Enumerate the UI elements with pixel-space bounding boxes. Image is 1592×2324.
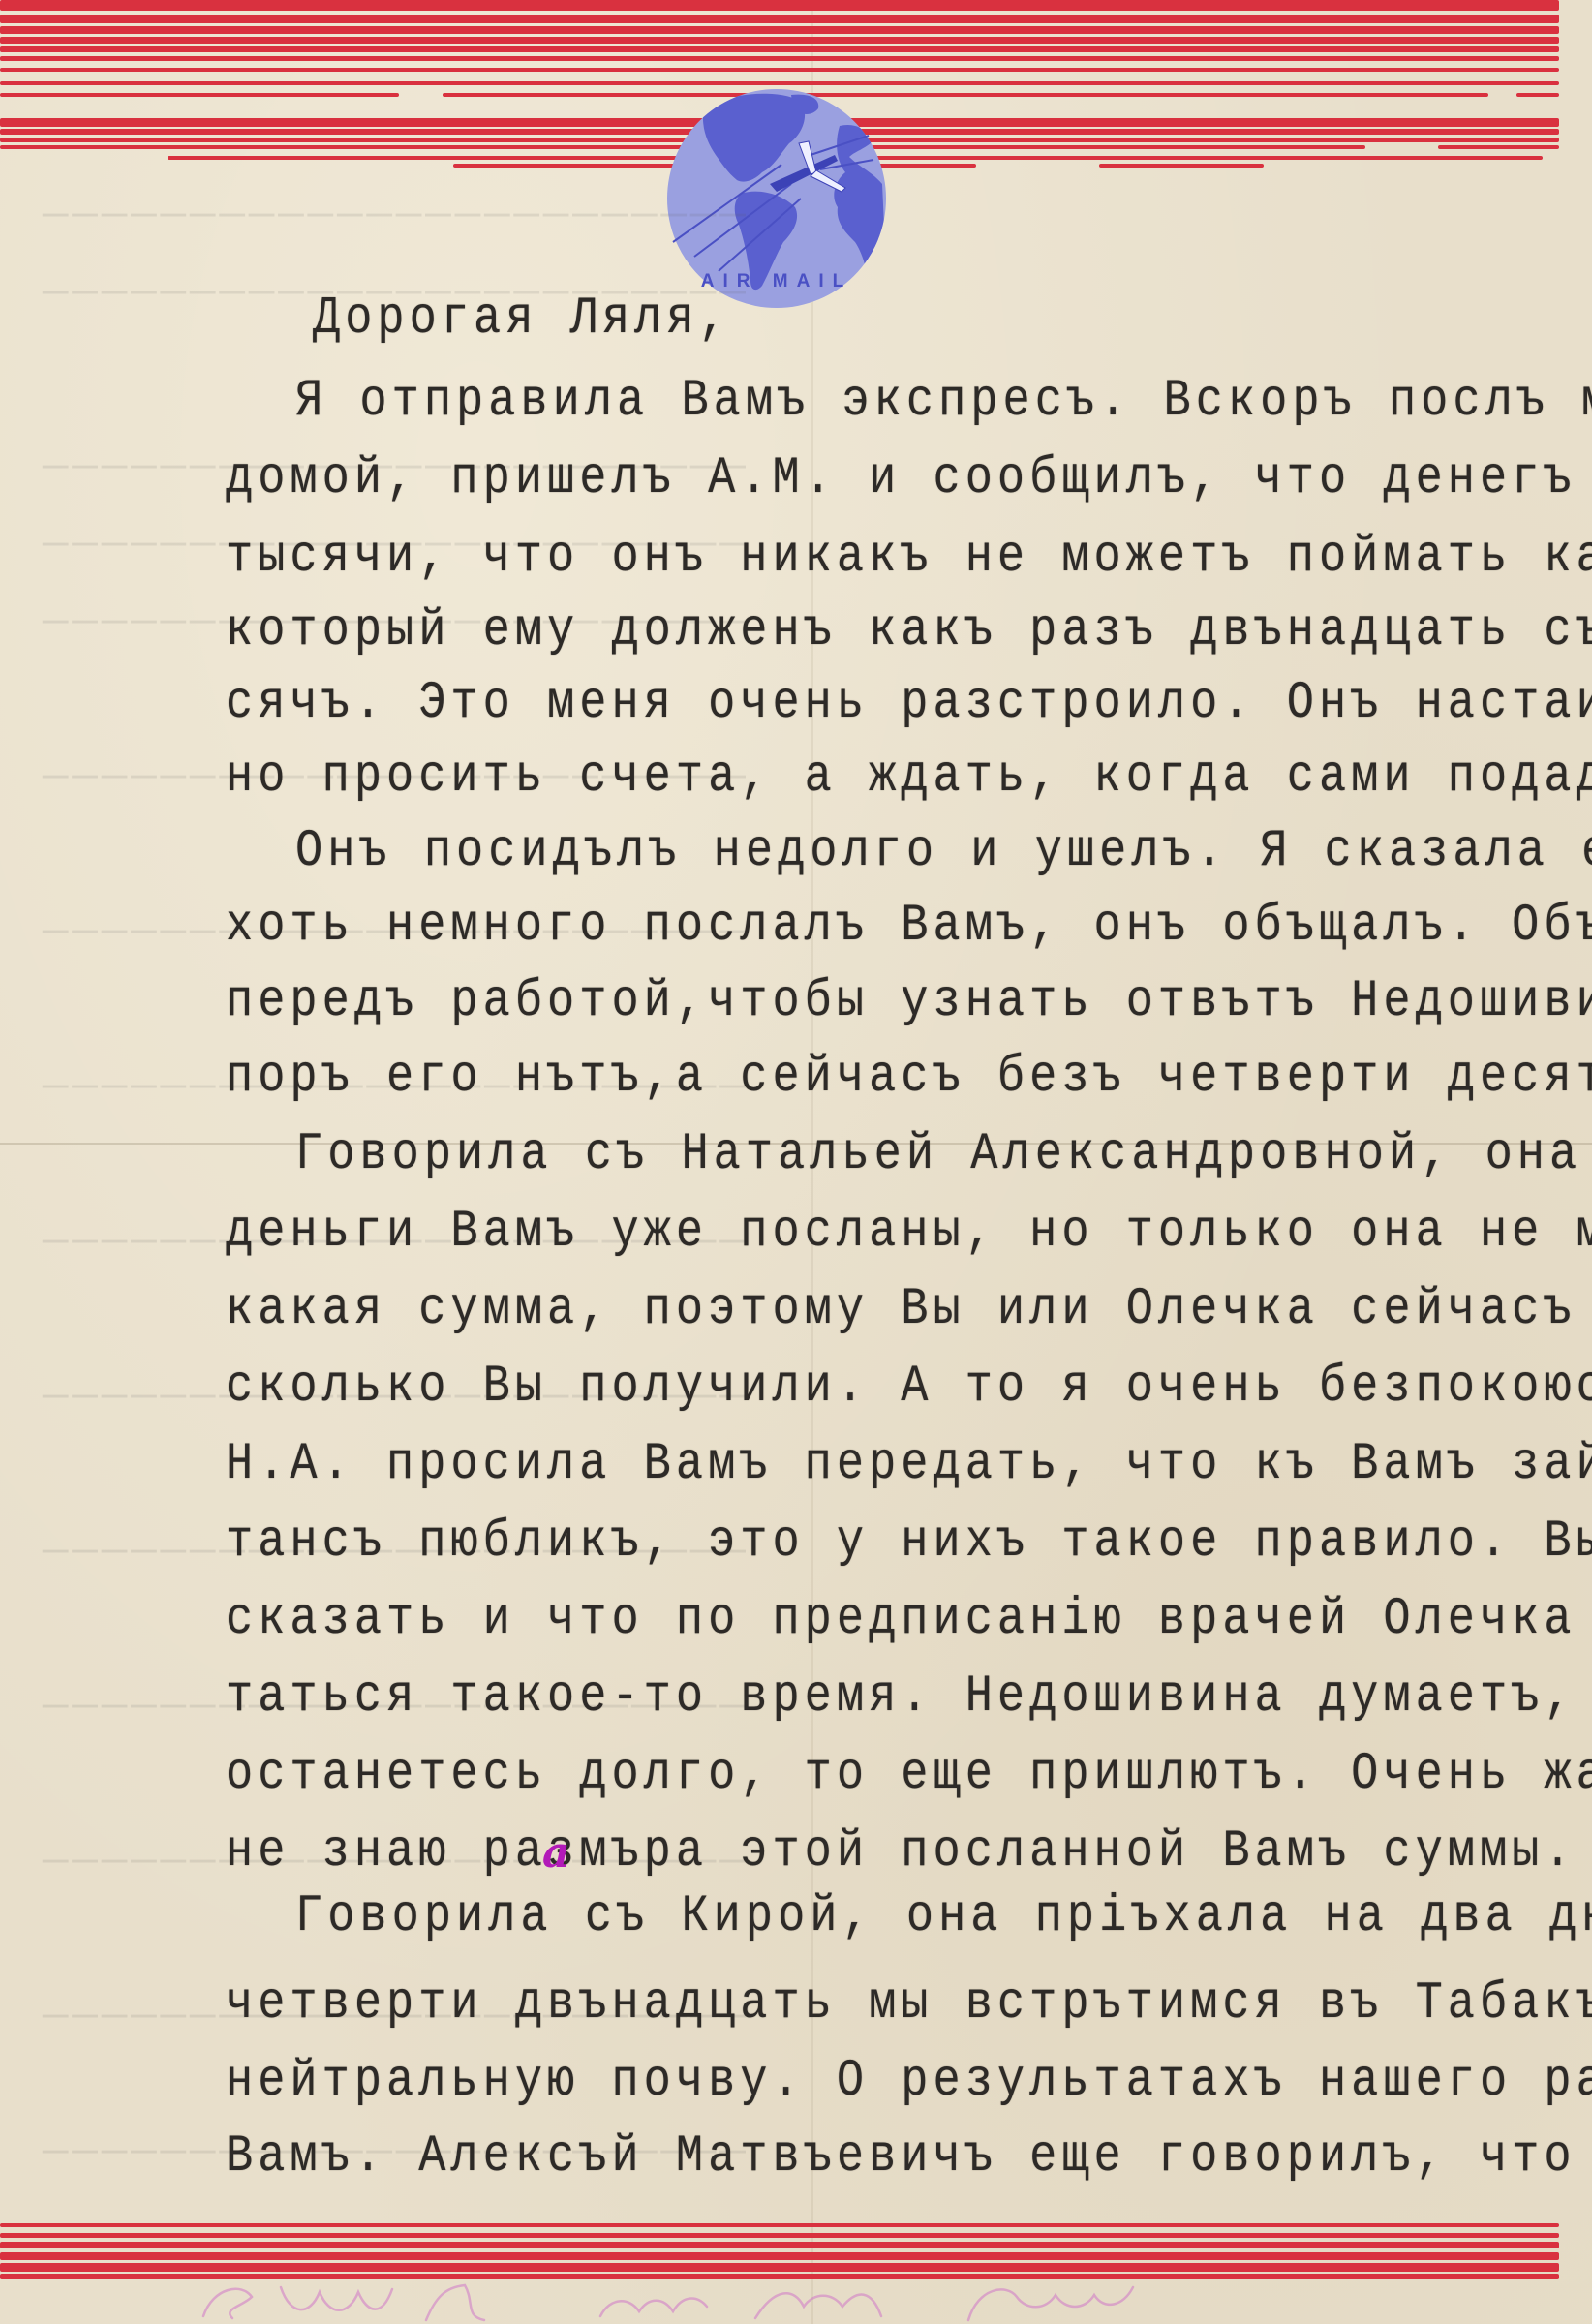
letter-line: Онъ посидълъ недолго и ушелъ. Я сказала … bbox=[295, 826, 1592, 878]
letter-line: который ему долженъ какъ разъ двънадцать… bbox=[226, 605, 1592, 657]
letter-line: Говорила съ Кирой, она пріъхала на два д… bbox=[295, 1891, 1592, 1943]
letter-line: сколько Вы получили. А то я очень безпок… bbox=[226, 1361, 1592, 1414]
letter-line: тысячи, что онъ никакъ не можетъ поймать… bbox=[226, 532, 1592, 584]
letter-line: четверти двънадцать мы встрътимся въ Таб… bbox=[226, 1978, 1592, 2031]
letter-line: Говорила съ Натальей Александровной, она… bbox=[295, 1129, 1592, 1181]
letter-line: таться такое-то время. Недошивина думает… bbox=[226, 1671, 1592, 1724]
letter-line: домой, пришелъ А.М. и сообщилъ, что дене… bbox=[226, 453, 1592, 505]
letter-line: останетесь долго, то еще пришлютъ. Очень… bbox=[226, 1749, 1592, 1801]
letter-line: но просить счета, а ждать, когда сами по… bbox=[226, 751, 1592, 804]
letter-line: сячъ. Это меня очень разстроило. Онъ нас… bbox=[226, 678, 1592, 730]
salutation: Дорогая Ляля, bbox=[313, 293, 731, 346]
letter-line: не знаю размъра этой посланной Вамъ сумм… bbox=[226, 1826, 1577, 1879]
letter-page: AIR MAIL ———————————————————————— ——————… bbox=[0, 0, 1592, 2324]
letter-line: какая сумма, поэтому Вы или Олечка сейча… bbox=[226, 1284, 1592, 1336]
letter-line: сказать и что по предписанію врачей Олеч… bbox=[226, 1594, 1592, 1646]
letter-line: Я отправила Вамъ экспресъ. Вскоръ послъ … bbox=[295, 376, 1592, 428]
letter-line: деньги Вамъ уже посланы, но только она н… bbox=[226, 1207, 1592, 1259]
letter-line: хоть немного послалъ Вамъ, онъ объщалъ. … bbox=[226, 901, 1592, 953]
letter-line: Н.А. просила Вамъ передать, что къ Вамъ … bbox=[226, 1439, 1592, 1491]
letter-line: поръ его нътъ,а сейчасъ безъ четверти де… bbox=[226, 1052, 1592, 1104]
letter-line: Вамъ. Алексъй Матвъевичъ еще говорилъ, ч… bbox=[226, 2131, 1592, 2184]
letter-line: нейтральную почву. О результатахъ нашего… bbox=[226, 2056, 1592, 2108]
handwritten-correction-mark: a bbox=[542, 1828, 570, 1878]
pink-handwriting-scribble bbox=[174, 2278, 1433, 2324]
letter-line: тансъ пюбликъ, это у нихъ такое правило.… bbox=[226, 1516, 1592, 1569]
letter-line: передъ работой,чтобы узнать отвътъ Недош… bbox=[226, 976, 1592, 1028]
